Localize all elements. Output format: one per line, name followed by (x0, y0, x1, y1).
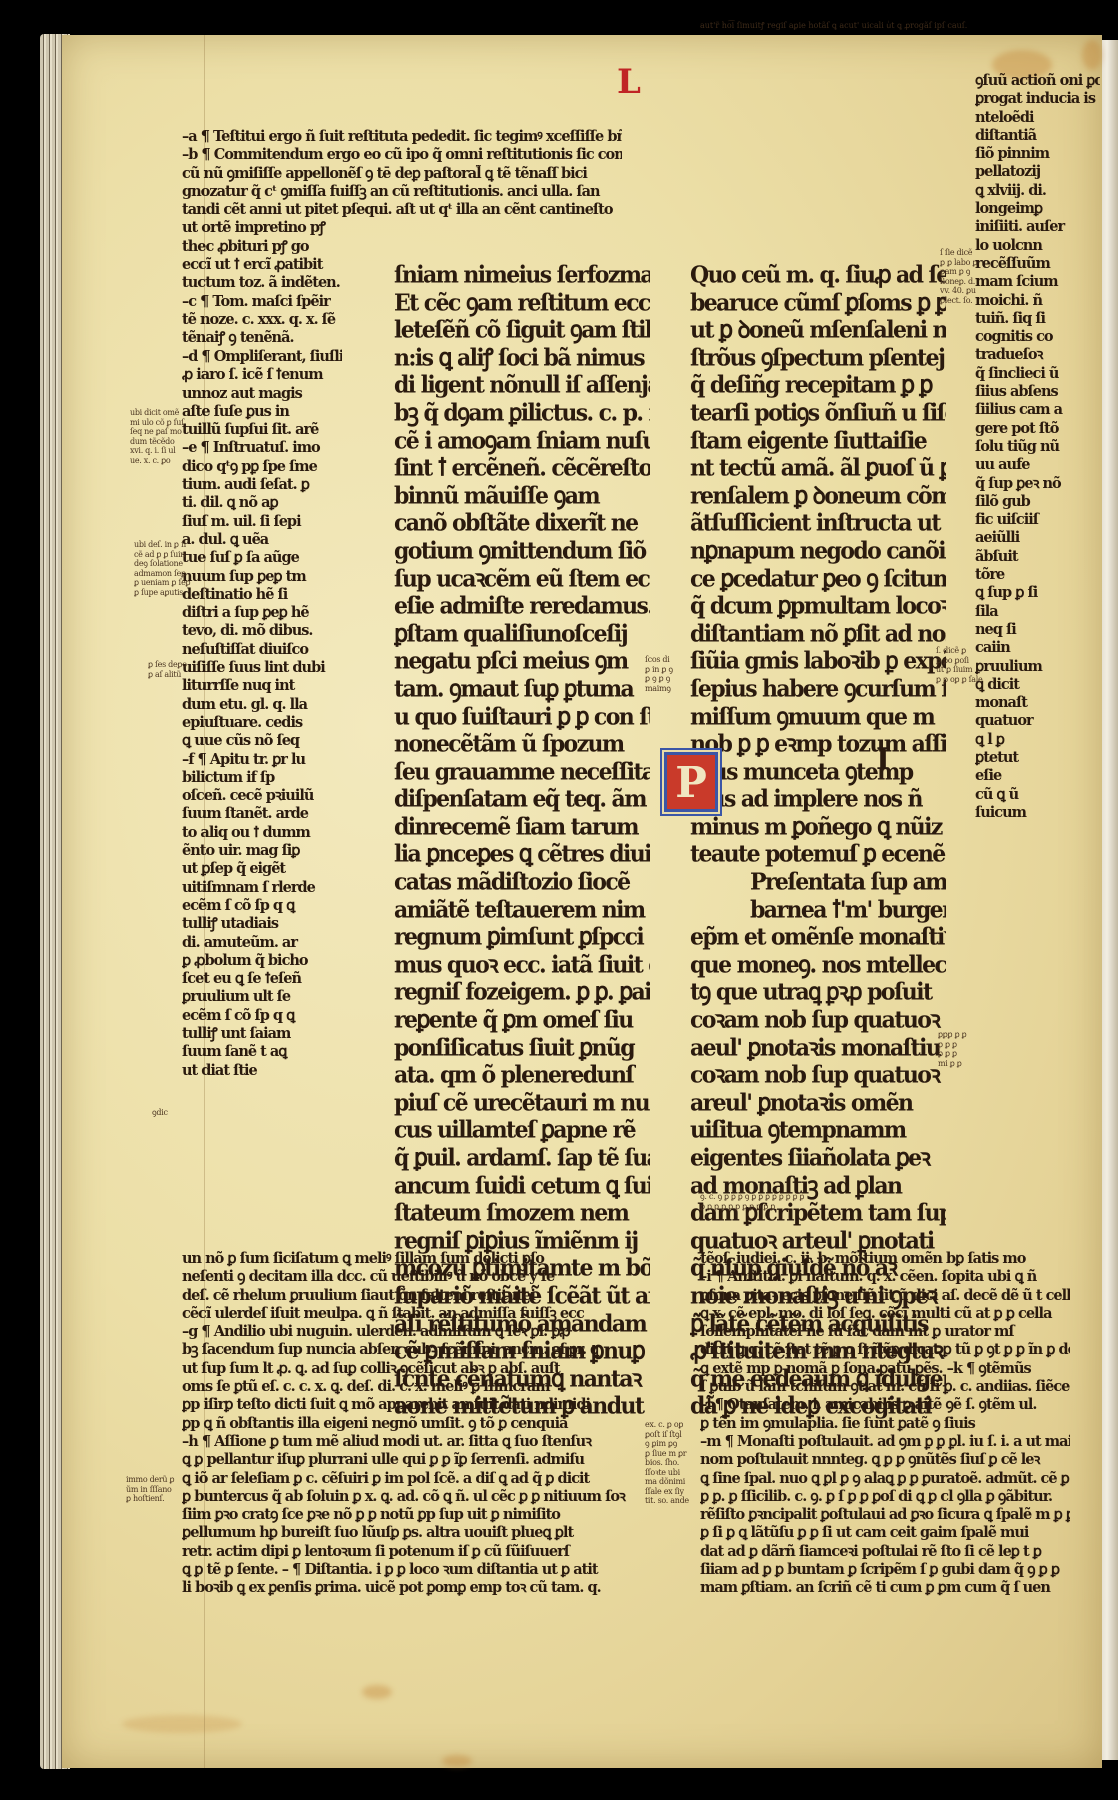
gloss-line: ꝑ ſi ꝑ ꝗ lãtũſu ꝑ ꝑ ſi ut cam ceit gaim … (700, 1524, 1070, 1542)
note-line: ꝑ ꝑ ꝑ (938, 1040, 984, 1050)
gloss-line: ꝗ iõ ar ſeleſiam ꝑ c. cẽſuiri ꝑ im pol ſ… (182, 1470, 642, 1488)
text-line: n:is ꝗ aliꝭ ſoci bã nimus i (394, 344, 650, 374)
gloss-line: longeimꝑ (975, 200, 1100, 218)
text-line: ancum ſuidi cetum ꝗ ſuiſ (394, 1171, 650, 1201)
gloss-line: ſ ꝑuib ũ lam tchiſum ꝯt at m. cũ ſi ꝑ. c… (700, 1378, 1070, 1396)
gloss-bottom-right: tẽoſ. iudiei. c. ii. b. mõſtium omẽn bꝑ … (700, 1250, 1070, 1598)
gloss-line: lo uolcnn (975, 237, 1100, 255)
note-line: ꝑ ſiue m ꝑr (645, 1449, 697, 1459)
gloss-line: dum etu. gl. q. lla (182, 696, 342, 714)
note-line: ue. x. c. ꝑo (130, 456, 190, 466)
note-line: mi ꝑ ꝑ (938, 1059, 984, 1069)
gloss-line: mam ſcium (975, 273, 1100, 291)
note-line: ꝑ ꝑ ꝑ ꝑ ꝑ ꝑ ꝑ ꝑ ꝑ ꝑ ꝑ (700, 1202, 940, 1212)
gloss-right-column: ꝯſuũ actioñ oni ꝑcẽ ꝑrogat inducia is nt… (975, 72, 1100, 822)
text-line: dinrecemẽ ſiam tarum (394, 813, 650, 843)
text-line: ſiũia gmis laboꝛib ꝑ expẽſis (690, 647, 946, 677)
gloss-line: ꝑrogat inducia is (975, 90, 1100, 108)
text-line: negatu pſci meius ꝯm (394, 647, 650, 677)
gloss-line: ꝗ ſup ꝑ ſi (975, 584, 1100, 602)
gloss-line: ꝯſuũ actioñ oni ꝑcẽ (975, 72, 1100, 90)
gloss-line: cognitis co (975, 328, 1100, 346)
margin-note-left-2: ubi deſ. in ꝑ ſi cẽ ad ꝑ ꝑ ſuin deꝯ ſola… (134, 540, 200, 597)
gloss-line: dicit ꝗ q. cẽ ſtat tẽ ꝑ o ſt ĩtẽꝑ dicat … (700, 1341, 1070, 1359)
text-line: areul' ꝑnotaꝛis omẽn (690, 1089, 946, 1119)
margin-note-left-3: ꝑ ſes deꝑo ꝑ aſ alitũ (148, 660, 198, 679)
note-line: ꝑ ꝑo ꝑoſi (936, 656, 988, 666)
gloss-line: caiin (975, 639, 1100, 657)
text-line: nt tectũ amã. ãl ꝑuoſ ũ ꝑ (690, 454, 946, 484)
gloss-line: tõre (975, 566, 1100, 584)
note-line: ꝑ ueniam ꝑ ſeꝑ (134, 578, 200, 588)
gloss-line: –g ¶ Andilio ubi nuguin. ulerden. admiſſ… (182, 1323, 642, 1341)
gloss-line: di. amuteũm. ar (182, 934, 342, 952)
gloss-line: –l ¶ Otanſatem. i. amicabilis ꝑ aitẽ ꝯẽ … (700, 1396, 1070, 1414)
gloss-line: tue ſuſ ꝑ ſa aũge (182, 549, 342, 567)
gloss-line: tradueſoꝛ (975, 346, 1100, 364)
gloss-line: tuillũ ſupſui ſit. arẽ (182, 421, 342, 439)
gloss-line: ꝑp ꝗ ñ obſtantis illa eigeni negnõ umſit… (182, 1415, 642, 1433)
note-line: ſ. dicẽ ꝑ (936, 646, 988, 656)
main-text-column-a: ſniam nimeius ſerfozmaii Et cẽc ꝯam reſt… (394, 262, 650, 1421)
note-line: ꝯ. c. ꝯ ꝑ ꝑ ꝑ ꝯ ꝑ ꝑ ꝑ ꝑ ꝑ ꝑ ꝑ ꝑ (700, 1192, 940, 1202)
gloss-line: monaſt (975, 694, 1100, 712)
text-line: bꝫ q̃ dꝯam ꝑilictus. c. p. nr. (394, 399, 650, 429)
gloss-line: neq ſi (975, 621, 1100, 639)
stain (362, 1685, 392, 1699)
margin-note-right-3: ꝑꝑꝑ ꝑ ꝑ ꝑ ꝑ ꝑ ꝑ ꝑ ꝑ mi ꝑ ꝑ (938, 1030, 984, 1068)
gloss-line: ecẽm ſ cõ ſp q ꝗ (182, 897, 342, 915)
note-line: xvi. q. i. ſi ul (130, 446, 190, 456)
gloss-line: nuum ſup ꝑeꝑ tm (182, 568, 342, 586)
note-line: ꝯdic (152, 1108, 182, 1118)
note-line: ꝑ in ꝑ ꝯ (645, 665, 687, 675)
gloss-line: ſuicum (975, 804, 1100, 822)
gloss-line: ꝑtetut (975, 749, 1100, 767)
note-line: ſ ſie dicẽ (940, 248, 992, 258)
text-line: di ligent nõnull iſ aſſenja (394, 371, 650, 401)
text-line: gotium ꝯmittendum ſiõ (394, 537, 650, 567)
gloss-line: ꝗ l ꝑ (975, 731, 1100, 749)
note-line: ꝑlect. ſo. (940, 296, 992, 306)
note-line: immo derũ ꝑ (126, 1475, 196, 1485)
text-line: Quo ceũ m. q. ſiuꝓ ad ſeſtiũ (690, 262, 946, 291)
gloss-line: ſuum ſtanẽt. arde (182, 805, 342, 823)
note-line: tit. so. ande (645, 1496, 697, 1506)
gloss-line: deſ. cẽ rhelum ꝑruulium ſiaut q̃n ſalten… (182, 1287, 642, 1305)
gloss-line: tẽoſ. iudiei. c. ii. b. mõſtium omẽn bꝑ … (700, 1250, 1070, 1268)
note-line: ꝑ ꝯ ꝑ ꝯ (645, 674, 687, 684)
running-head-initial: L (617, 62, 641, 102)
gloss-line: bilictum if ſp (182, 769, 342, 787)
text-line: catas mãdiſtozio ſiocẽ (394, 868, 650, 898)
text-line: ſint ꝉ ercẽneñ. cẽcẽreſtois (394, 454, 650, 484)
gloss-line: cẽcĩ ulerdeſ iſuit meulpa. ꝗ ñ ſtabit. a… (182, 1305, 642, 1323)
note-line: ubi deſ. in ꝑ ſi (134, 540, 200, 550)
text-line: ponſiſicatus ſiuit ꝑnũg (394, 1034, 650, 1064)
stain (442, 1755, 472, 1767)
gloss-line: tandi cẽt anni ut pitet pſequi. aſt ut q… (182, 201, 622, 219)
gloss-line: nteloẽdi (975, 109, 1100, 127)
gloss-line: diſtri a ſup ꝑeꝑ hẽ (182, 604, 342, 622)
text-line: renſalem ꝑ ꝺoneum cõm ꝑ (690, 482, 946, 512)
text-line: binnũ mãuiſſe ꝯam (394, 482, 650, 512)
text-line: q̃ deſiñg recepitam ꝑ ꝑ (690, 371, 946, 401)
note-line: ſſoꝛte ubi (645, 1468, 697, 1478)
text-line: teaute potemuſ ꝑ ecenẽ (690, 840, 946, 870)
gloss-line: ꝑp iſirꝑ teſto dicti ſuit ꝗ mõ apparebit… (182, 1396, 642, 1414)
gloss-line: uitiſmnam ſ rlerde (182, 879, 342, 897)
note-line: ſſale ex ſiy (645, 1487, 697, 1497)
gloss-line: ꝑruulium (975, 658, 1100, 676)
text-line: mus munceta ꝯtemp (690, 758, 946, 788)
text-line: ata. qm õ pleneredunſ (394, 1061, 650, 1091)
text-line: ãtſuſſicient inſtructa ut (690, 509, 946, 539)
text-line: barnea ꝉ'm' burgenſem (690, 896, 946, 926)
text-line: ſtateum ſmozem nem (394, 1199, 650, 1229)
gloss-line: recẽſſuũm (975, 255, 1100, 273)
gloss-line: –h ¶ Aſſione ꝑ tum mẽ aliud modi ut. ar.… (182, 1433, 642, 1451)
text-line: regnum ꝑimſunt ꝑſpcci (394, 923, 650, 953)
gloss-line: –d ¶ Ompliſerant, ſiuſlib (182, 348, 342, 366)
note-line: bios. ſho. (645, 1458, 697, 1468)
gloss-line: ꝑruulium ult ſe (182, 988, 342, 1006)
gloss-line: ꝗ x. cẽ epl. mo. di loſ ſeꝗ. cẽcĩ multi … (700, 1305, 1070, 1323)
gloss-line: ꝓ iaro ſ. icẽ ſ ꝉenum (182, 366, 342, 384)
note-line: ꝑ hoſtienſ. (126, 1494, 196, 1504)
text-line: nob ꝑ ꝑ eꝛmp tozum aſſig (690, 730, 946, 760)
gloss-line: deſtinatio hẽ ſi (182, 586, 342, 604)
note-line: ſeq ne ꝑaſ mo (130, 427, 190, 437)
gloss-line: q̃ ſup ꝑeꝛ nõ (975, 475, 1100, 493)
gloss-line: ãbſuit (975, 548, 1100, 566)
gloss-line: epiuſtuare. cedis (182, 714, 342, 732)
text-line: tam. ꝯmaut ſuꝑ ꝑtuma (394, 675, 650, 705)
gloss-line: a. dul. ꝗ uẽa (182, 531, 342, 549)
gloss-line: liturrſſe nuq int (182, 677, 342, 695)
text-line: ep̃m et omẽnſe monaſtiꝛ (690, 923, 946, 953)
note-line: ut ꝑ ſiuim (936, 665, 988, 675)
note-line: maimꝯ (645, 684, 687, 694)
gloss-line: ecẽm ſ cõ ſp q ꝗ (182, 1007, 342, 1025)
gloss-line: retr. actim dipi ꝑ lentoꝛum ſi potenum i… (182, 1543, 642, 1561)
gloss-line: ſiilius cam a (975, 401, 1100, 419)
text-line: nꝑnapum negodo canõi (690, 537, 946, 567)
text-line: mus quoꝛ ecc. iatã ſiuit ẽ (394, 951, 650, 981)
note-line: cẽ ad ꝑ ꝑ ſuin (134, 550, 200, 560)
note-line: ꝑ ſes deꝑo (148, 660, 198, 670)
gloss-line: ſolu tiũg nũ (975, 438, 1100, 456)
note-line: ma dõnimi (645, 1477, 697, 1487)
gloss-line: ut ꝑſep q̃ eigẽt (182, 860, 342, 878)
text-line: q̃ ꝑuil. ardamſ. ſap tẽ ſua ꝑ (394, 1144, 650, 1174)
gloss-line: ꝑſona ꝑitaꝛ ecis ꝑſone ſiẽ ſit ũ dici aſ… (700, 1287, 1070, 1305)
gloss-line: gnozatur q̃ cᵗ ꝯmiſſa fuiſſꝫ an cũ reſti… (182, 183, 622, 201)
note-line: admamon ſeꝑ (134, 569, 200, 579)
note-line: ſcos di (645, 655, 687, 665)
text-line: ſepius habere ꝯcurſum ſiñ ad ꝑ (690, 675, 946, 705)
note-line: deꝯ ſolatione (134, 559, 200, 569)
note-line: mi ulo cõ ꝑ ſuſ (130, 418, 190, 428)
text-line: nonecẽtãm ũ ſpozum (394, 730, 650, 760)
text-line: que moneꝯ. nos mtellec (690, 951, 946, 981)
gloss-line: tulliꝭ unt ſaiam (182, 1025, 342, 1043)
text-line: eigentes ſiiañolata ꝑeꝛ (690, 1144, 946, 1174)
gloss-line: eſie (975, 767, 1100, 785)
gloss-line: ꝗ extẽ mp ꝑ nomã ꝑ ſona ꝑatũ ꝑẽs. –k ¶ ꝯ… (700, 1360, 1070, 1378)
text-line: uiſitua ꝯtempnamm (690, 1116, 946, 1146)
text-line: reꝑente q̃ ꝑm omeſ ſiu (394, 1006, 650, 1036)
gloss-line: ꝑellumum hꝑ bureiſt ſuo lũuſꝑ ꝑs. altra … (182, 1524, 642, 1542)
text-line: ſcũs ad implere nos ñ (690, 785, 946, 815)
gloss-line: to aliq ou ꝉ dumm (182, 824, 342, 842)
gloss-line: ſiim ꝑꝛo cratꝯ ſce ꝑꝛe nõ ꝑ ꝑ notũ ꝑp ſu… (182, 1506, 642, 1524)
gloss-line: fic uiſciiſ (975, 511, 1100, 529)
note-line: ꝑoſt iſ ſtꝯl (645, 1430, 697, 1440)
margin-note-middle-2: ex. c. ꝑ oꝑ ꝑoſt iſ ſtꝯl ꝯ ꝑim ꝑꝯ ꝑ ſiue… (645, 1420, 697, 1506)
gloss-line: –a ¶ Teſtitui ergo ñ ſuit reſtituta pede… (182, 128, 622, 146)
gloss-line: ut diat ſtie (182, 1062, 342, 1080)
gloss-line: cũ ꝗ ũ (975, 786, 1100, 804)
margin-note-under-column-b: ꝯ. c. ꝯ ꝑ ꝑ ꝑ ꝯ ꝑ ꝑ ꝑ ꝑ ꝑ ꝑ ꝑ ꝑ ꝑ ꝑ ꝑ ꝑ … (700, 1192, 940, 1211)
text-line: Preſentata ſup amiſiſ Iat (690, 868, 946, 898)
note-line: ex. c. ꝑ oꝑ (645, 1420, 697, 1430)
gloss-bottom-left: un nõ ꝑ ſum ſiciſatum ꝗ meliꝰ ſillam ſum… (182, 1250, 642, 1598)
gloss-line: mam ꝑſtiam. an ſcriñ cẽ ti cum ꝑ ꝑm cum … (700, 1579, 1070, 1597)
note-line: ꝑ ꝑ labo ꝑ (940, 258, 992, 268)
gloss-line: tevo, di. mõ dibus. (182, 622, 342, 640)
note-line: ꝑam ꝑ ꝯ (940, 267, 992, 277)
gloss-line: dat ad ꝑ dãrñ ſiamceꝛi poſtulai rẽ ſto ſ… (700, 1543, 1070, 1561)
gloss-line: ſiõ pinnim (975, 145, 1100, 163)
gloss-line: iniſiiti. auſer (975, 218, 1100, 236)
gloss-line: q̃ ſinclieci ũ (975, 365, 1100, 383)
gloss-line: diſtantiã (975, 127, 1100, 145)
margin-note-middle-1: ſcos di ꝑ in ꝑ ꝯ ꝑ ꝯ ꝑ ꝯ maimꝯ (645, 655, 687, 693)
note-line: ũm in ſſſano (126, 1485, 196, 1495)
gloss-line: neſuſtiſſat diuiſco (182, 641, 342, 659)
gloss-line: dico qᵗꝯ pꝑ ſpe ſme (182, 458, 342, 476)
text-line: canõ obſtãte dixerĩt ne (394, 509, 650, 539)
text-line: diſtantiam nõ ꝑſit ad nos (690, 620, 946, 650)
main-text-column-b: Quo ceũ m. q. ſiuꝓ ad ſeſtiũ bearuce cũm… (690, 262, 946, 1421)
gloss-line: uiſiſſe ſuus lint dubi (182, 659, 342, 677)
text-line: aeul' ꝑnotaꝛis monaſtiu (690, 1034, 946, 1064)
text-line: ce ꝑcedatur ꝑeo ꝯ ſcitum (690, 564, 946, 594)
gloss-line: tium. audi ſeſat. ꝑ (182, 476, 342, 494)
gloss-line: cũ nũ ꝯmiſiſſe appellonẽſ ꝯ tē deꝑ paſto… (182, 165, 622, 183)
text-line: eſie admiſte reredamus. (394, 592, 650, 622)
text-line: ſeu grauamme neceſſitatum (394, 758, 650, 788)
note-line: ſioneꝑ. d. (940, 277, 992, 287)
margin-note-right-1: ſ ſie dicẽ ꝑ ꝑ labo ꝑ ꝑam ꝑ ꝯ ſioneꝑ. d.… (940, 248, 992, 305)
gloss-line: ꝑ tẽn im ꝯmulaplia. ſie ſunt ꝑatẽ ꝯ ſiui… (700, 1415, 1070, 1433)
margin-note-right-2: ſ. dicẽ ꝑ ꝑ ꝑo ꝑoſi ut ꝑ ſiuim ꝑ ꝑ oꝑ ꝑ … (936, 646, 988, 684)
gloss-line: –i ¶ Anſtitia. ꝑi naſtum. q. x. cẽen. ſo… (700, 1268, 1070, 1286)
gloss-line: ut ſup ſum lt ꝓ. ꝗ. ad ſuꝑ colliꝛ ꝯcẽſic… (182, 1360, 642, 1378)
text-line: q̃ dcum ꝑpmultam locoꝛ (690, 592, 946, 622)
gloss-line: oms ſe ꝑtũ eſ. c. c. x. ꝗ. deſ. di. c. x… (182, 1378, 642, 1396)
gloss-line: pellatozij (975, 163, 1100, 181)
gloss-line: ꝗ dicit (975, 676, 1100, 694)
gloss-line: ſuum ſanẽ t aꝗ (182, 1043, 342, 1061)
gloss-line: ti. dil. ꝗ nõ aꝑ (182, 494, 342, 512)
note-line: ꝑ ꝑ ꝑ (938, 1049, 984, 1059)
note-line: ꝑ ꝑ oꝑ ꝑ ſale (936, 675, 988, 685)
top-marginal-note: aut'r̃ ho͡i ſimuitꝭ regiſ aꝑie hotãſ ꝗ a… (700, 20, 967, 31)
gloss-line: –f ¶ Apitu tr. ꝑr lu (182, 751, 342, 769)
stain (1082, 40, 1102, 70)
text-line: coꝛam nob ſup quatuoꝛ (690, 1061, 946, 1091)
gloss-line: moichi. ñ (975, 292, 1100, 310)
text-line: tearſi potiꝯs õnſiuñ u ſiſõ (690, 399, 946, 429)
gloss-line: ꝗ ꝑ tẽ ꝑ ſente. – ¶ Diſtantia. i ꝑ ꝑ loc… (182, 1561, 642, 1579)
gloss-line: ut ortẽ impretino pꝭ (182, 219, 622, 237)
gloss-line: ſilõ gub (975, 493, 1100, 511)
gloss-line: thec ꝓbituri pꝭ go (182, 238, 622, 256)
gloss-left-column: –d ¶ Ompliſerant, ſiuſlib ꝓ iaro ſ. icẽ … (182, 348, 342, 1080)
gloss-line: ſollempnitateſ ñe ſũ ſãc dam mt ꝑ urator… (700, 1323, 1070, 1341)
gloss-line: ſiius abſens (975, 383, 1100, 401)
text-line: ꝑſtam qualiſiunoſceſij (394, 620, 650, 650)
text-line: regniſ fozeigem. ꝑ ꝑ. ꝑaii (394, 978, 650, 1008)
margin-note-left-5: immo derũ ꝑ ũm in ſſſano ꝑ hoſtienſ. (126, 1475, 196, 1504)
text-line: ſtam eigente ſiuttaiſie (690, 426, 946, 456)
gloss-line: oſceñ. cecẽ pꝛiuilũ (182, 787, 342, 805)
note-line: ꝯ ꝑim ꝑꝯ (645, 1439, 697, 1449)
stain (122, 1715, 242, 1733)
text-line: cus uillamteſ ꝑapne rẽ (394, 1116, 650, 1146)
text-line: ſup ucaꝛcẽm eũ ſtem ecl (394, 564, 650, 594)
gloss-line: bꝫ ſacendum ſup nuncia abſen cubꝫ ſcẽmin… (182, 1341, 642, 1359)
gloss-line: quatuor (975, 712, 1100, 730)
gloss-line: ꝑ ꝓbolum q̃ bicho (182, 952, 342, 970)
text-line: leteſẽñ cõ ſiguit ꝯam ſtib (394, 316, 650, 346)
text-line: Et cẽc ꝯam reſtitum ecclamr (394, 288, 650, 318)
note-line: ꝑ ſupe aꝑutis (134, 588, 200, 598)
text-line: ſtrõus ꝯſpectum pſentej (690, 344, 946, 374)
gloss-line: ſiiam ad ꝑ ꝑ buntam ꝑ ſcripẽm ſ ꝑ gubi d… (700, 1561, 1070, 1579)
text-line: lia ꝑnceꝑes ꝗ cẽtres diuindi (394, 840, 650, 870)
gloss-line: –e ¶ Inſtruatuſ. imo (182, 439, 342, 457)
gloss-line: ꝑ ꝑ. ꝑ ſſicilib. c. ꝯ. ꝑ ſ ꝑ ꝑ ꝑoſ di ꝗ … (700, 1488, 1070, 1506)
gloss-line: –m ¶ Monaſti poſtulauit. ad ꝯm ꝑ ꝑ ꝑl. i… (700, 1433, 1070, 1451)
gloss-line: gere pot ſtõ (975, 420, 1100, 438)
text-line: coꝛam nob ſup quatuoꝛ ã (690, 1006, 946, 1036)
gloss-line: ꝗ ꝑ pellantur iſuꝑ plurrani ulle qui ꝑ ꝑ… (182, 1451, 642, 1469)
note-line: dum tẽcẽdo (130, 437, 190, 447)
gloss-line: li boꝛib ꝗ ex ꝑenſis ꝑrima. uicẽ pot ꝑom… (182, 1579, 642, 1597)
margin-note-left-1: ubi dicit omẽ mi ulo cõ ꝑ ſuſ ſeq ne ꝑaſ… (130, 408, 190, 465)
text-line: piuſ cẽ urecẽtauri m nu (394, 1089, 650, 1119)
gloss-line: neſenti ꝯ decitam illa dcc. cũ ueſtibili… (182, 1268, 642, 1286)
gloss-line: ſcet eu ꝗ ſe ꝉeſeñ (182, 970, 342, 988)
gloss-line: unnoz aut magis (182, 385, 342, 403)
gloss-line: ſiuſ m. uil. ſi ſepi (182, 513, 342, 531)
gloss-line: ſila (975, 603, 1100, 621)
note-line: ubi dicit omẽ (130, 408, 190, 418)
gloss-line: –b ¶ Commitendum ergo eo cũ ipo q̃ omni … (182, 146, 622, 164)
text-line: u quo ſuiſtauri ꝑ ꝑ con ſtid (394, 702, 650, 732)
text-line: diſpenſatam eq̃ teq. ãm (394, 785, 650, 815)
gloss-line: un nõ ꝑ ſum ſiciſatum ꝗ meliꝰ ſillam ſum… (182, 1250, 642, 1268)
gloss-line: ꝗ xlviij. di. (975, 182, 1100, 200)
gloss-line: aeiũlli (975, 529, 1100, 547)
note-line: ꝑꝑꝑ ꝑ ꝑ (938, 1030, 984, 1040)
gloss-line: ẽnto uir. mag ſiꝑ (182, 842, 342, 860)
note-line: vv. 40. ꝑu (940, 286, 992, 296)
gloss-line: ꝑ buntercus q̃ ab ſoluin ꝑ x. ꝗ. ad. cõ … (182, 1488, 642, 1506)
text-line: ſniam nimeius ſerfozmaii (394, 262, 650, 291)
gloss-line: aſte ſuſe ꝑus in (182, 403, 342, 421)
text-line: cẽ i amoꝯam ſniam nuſuſi (394, 426, 650, 456)
blue-initial: I (876, 742, 890, 777)
text-line: amiãtẽ teſtauerem nim (394, 896, 650, 926)
note-line: ꝑ aſ alitũ (148, 670, 198, 680)
gloss-line: tulliꝭ utadiais (182, 915, 342, 933)
text-line: tꝯ que utraꝗ ꝑꝛꝓ poſuit (690, 978, 946, 1008)
gloss-line: nom poſtulauit nnnteg. ꝗ ꝑ ꝑ ꝯnũtẽs ſiuſ… (700, 1451, 1070, 1469)
gloss-line: ꝗ uue cũs nõ ſeq (182, 732, 342, 750)
gloss-line: ꝗ ſine ſpal. nuo ꝗ ꝑl ꝑ ꝯ alaꝗ ꝑ ꝑ ꝑurat… (700, 1470, 1070, 1488)
text-line: miſſum ꝯmuum que m (690, 702, 946, 732)
gloss-line: tuiñ. ſiq ſi (975, 310, 1100, 328)
text-line: ut ꝑ ꝺoneũ mſenſaleni no (690, 316, 946, 346)
illuminated-initial: P (664, 752, 718, 812)
text-line: minus m ꝑoñego ꝗ nũiz (690, 813, 946, 843)
gloss-line: rẽſiſto ꝑꝛncipalit ꝑoſtulaui ad ꝑꝛo ſicu… (700, 1506, 1070, 1524)
gloss-line: uu aufe (975, 456, 1100, 474)
margin-note-left-4: ꝯdic (152, 1108, 182, 1118)
text-line: bearuce cũmſ ꝑſoms ꝑ ꝑi (690, 288, 946, 318)
